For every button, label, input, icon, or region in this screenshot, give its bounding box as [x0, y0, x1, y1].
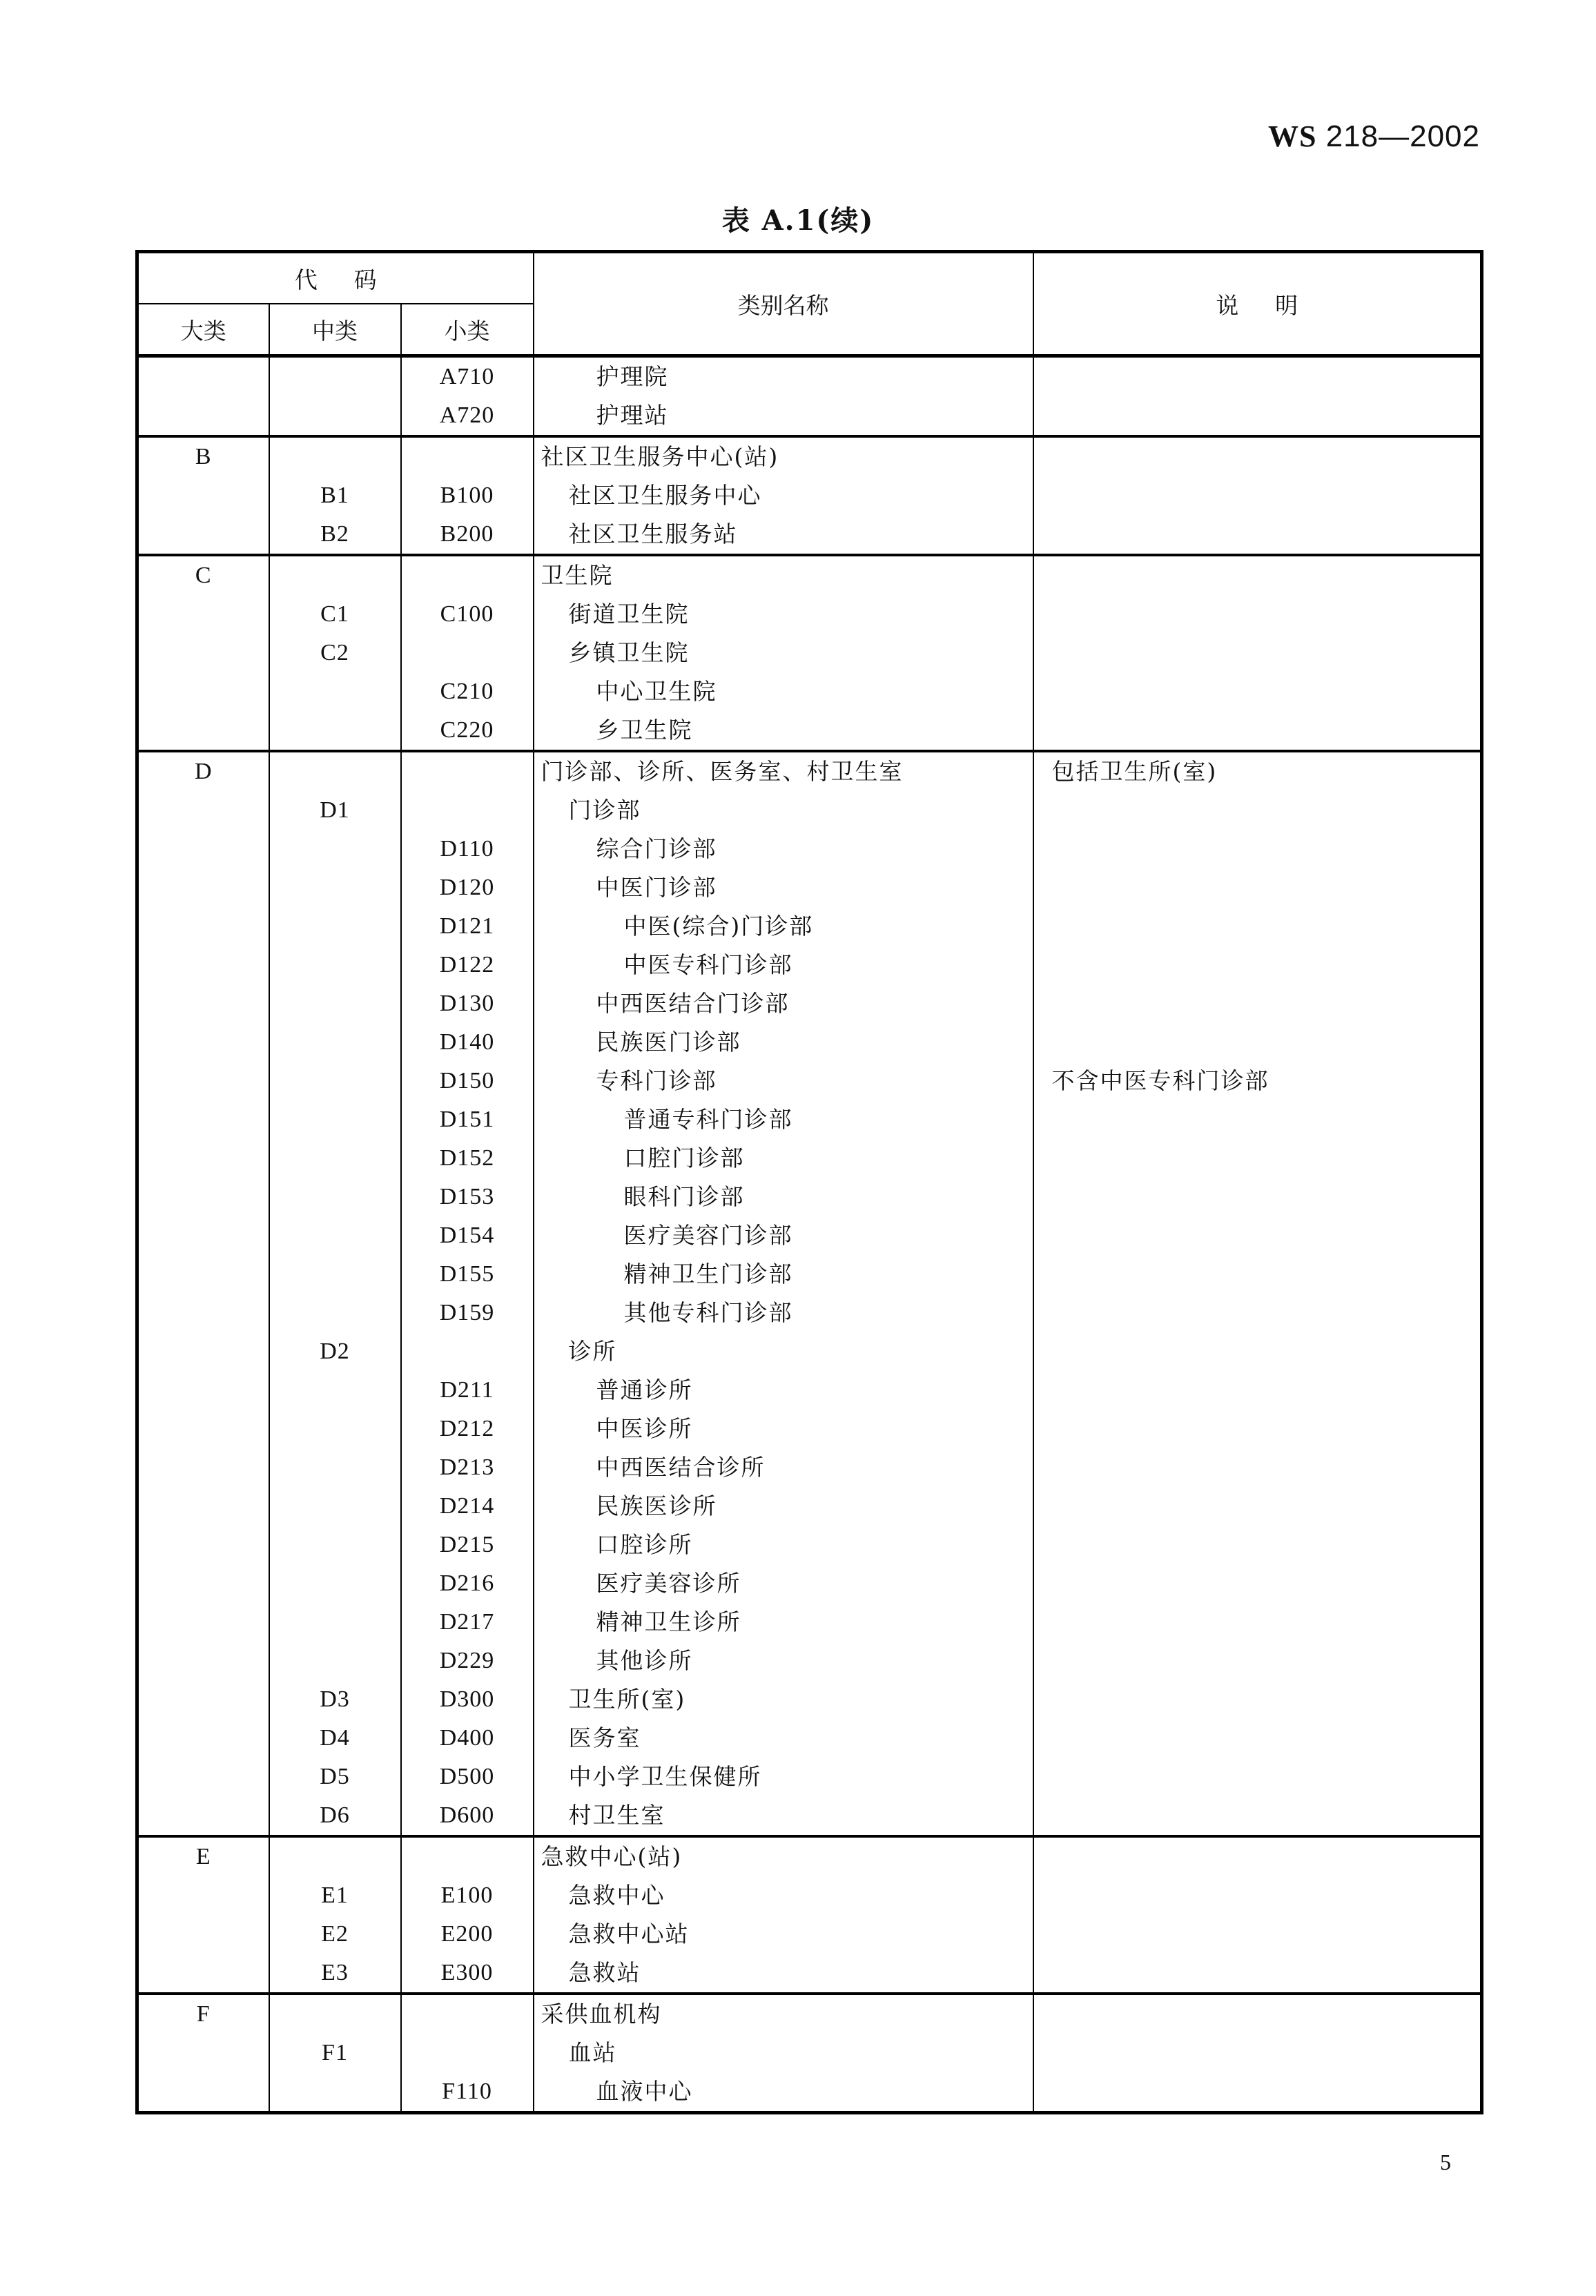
medium-code-cell: [269, 1642, 401, 1680]
category-name-cell: 口腔诊所: [534, 1526, 1033, 1564]
table-row: D217精神卫生诊所: [137, 1603, 1482, 1642]
note-cell: [1033, 1487, 1482, 1526]
standard-number: WS 218—2002: [1268, 119, 1480, 154]
major-code-cell: [137, 1216, 269, 1255]
major-code-cell: [137, 1915, 269, 1954]
category-name-cell: 眼科门诊部: [534, 1178, 1033, 1216]
note-cell: [1033, 634, 1482, 672]
minor-code-cell: D215: [401, 1526, 534, 1564]
note-cell: [1033, 436, 1482, 476]
medium-code-cell: [269, 1255, 401, 1294]
category-name-cell: 中西医结合诊所: [534, 1448, 1033, 1487]
note-cell: [1033, 515, 1482, 555]
note-cell: [1033, 1216, 1482, 1255]
major-code-cell: [137, 1876, 269, 1915]
major-code-cell: [137, 515, 269, 555]
major-code-cell: [137, 2034, 269, 2072]
major-code-cell: E: [137, 1836, 269, 1876]
medium-code-cell: [269, 1564, 401, 1603]
minor-code-cell: D154: [401, 1216, 534, 1255]
category-name-cell: 门诊部、诊所、医务室、村卫生室: [534, 751, 1033, 791]
table-row: D6D600村卫生室: [137, 1796, 1482, 1836]
note-cell: [1033, 1178, 1482, 1216]
major-code-cell: [137, 1023, 269, 1062]
table-row: E急救中心(站): [137, 1836, 1482, 1876]
major-code-cell: [137, 946, 269, 984]
minor-code-cell: D153: [401, 1178, 534, 1216]
category-name-cell: 社区卫生服务中心: [534, 476, 1033, 515]
medium-code-cell: B2: [269, 515, 401, 555]
major-code-cell: [137, 634, 269, 672]
minor-code-cell: E200: [401, 1915, 534, 1954]
note-cell: [1033, 672, 1482, 711]
category-name-cell: 综合门诊部: [534, 830, 1033, 868]
minor-code-cell: A710: [401, 356, 534, 397]
category-name-cell: 医务室: [534, 1719, 1033, 1758]
table-row: B社区卫生服务中心(站): [137, 436, 1482, 476]
category-name-cell: 其他专科门诊部: [534, 1294, 1033, 1332]
table-group: C卫生院C1C100街道卫生院C2乡镇卫生院C210中心卫生院C220乡卫生院: [137, 555, 1482, 751]
category-name-cell: 中西医结合门诊部: [534, 984, 1033, 1023]
note-cell: 包括卫生所(室): [1033, 751, 1482, 791]
note-cell: [1033, 2072, 1482, 2113]
medium-code-cell: E3: [269, 1954, 401, 1994]
minor-code-cell: C220: [401, 711, 534, 751]
medium-code-cell: [269, 1526, 401, 1564]
note-cell: [1033, 1954, 1482, 1994]
major-code-cell: [137, 1294, 269, 1332]
table-row: D1门诊部: [137, 791, 1482, 830]
category-name-cell: 血液中心: [534, 2072, 1033, 2113]
table-row: D150专科门诊部不含中医专科门诊部: [137, 1062, 1482, 1100]
category-name-cell: 专科门诊部: [534, 1062, 1033, 1100]
major-code-cell: D: [137, 751, 269, 791]
medium-code-cell: [269, 1023, 401, 1062]
table-row: D215口腔诊所: [137, 1526, 1482, 1564]
table-row: D154医疗美容门诊部: [137, 1216, 1482, 1255]
major-code-cell: [137, 476, 269, 515]
note-cell: [1033, 1719, 1482, 1758]
minor-code-cell: E300: [401, 1954, 534, 1994]
major-code-cell: C: [137, 555, 269, 595]
note-cell: [1033, 984, 1482, 1023]
category-name-cell: 血站: [534, 2034, 1033, 2072]
major-code-cell: [137, 1178, 269, 1216]
medium-code-cell: [269, 1836, 401, 1876]
medium-code-cell: [269, 1603, 401, 1642]
medium-code-cell: [269, 436, 401, 476]
medium-code-cell: [269, 1410, 401, 1448]
header-code-group: 代码: [137, 252, 534, 304]
category-name-cell: 村卫生室: [534, 1796, 1033, 1836]
category-name-cell: 采供血机构: [534, 1994, 1033, 2034]
major-code-cell: [137, 1139, 269, 1178]
medium-code-cell: [269, 1487, 401, 1526]
category-name-cell: 中医(综合)门诊部: [534, 907, 1033, 946]
major-code-cell: [137, 907, 269, 946]
table-row: D153眼科门诊部: [137, 1178, 1482, 1216]
medium-code-cell: [269, 1994, 401, 2034]
major-code-cell: [137, 2072, 269, 2113]
table-title: 表 A.1(续): [0, 199, 1596, 238]
medium-code-cell: [269, 1216, 401, 1255]
note-cell: [1033, 1448, 1482, 1487]
table-row: D121中医(综合)门诊部: [137, 907, 1482, 946]
note-cell: [1033, 1564, 1482, 1603]
note-cell: [1033, 1758, 1482, 1796]
note-cell: [1033, 1876, 1482, 1915]
medium-code-cell: [269, 751, 401, 791]
note-cell: [1033, 946, 1482, 984]
major-code-cell: [137, 595, 269, 634]
medium-code-cell: [269, 984, 401, 1023]
major-code-cell: [137, 1332, 269, 1371]
category-name-cell: 中心卫生院: [534, 672, 1033, 711]
table-row: B2B200社区卫生服务站: [137, 515, 1482, 555]
minor-code-cell: D217: [401, 1603, 534, 1642]
medium-code-cell: B1: [269, 476, 401, 515]
category-name-cell: 乡卫生院: [534, 711, 1033, 751]
medium-code-cell: F1: [269, 2034, 401, 2072]
minor-code-cell: D300: [401, 1680, 534, 1719]
category-name-cell: 普通专科门诊部: [534, 1100, 1033, 1139]
note-cell: [1033, 1332, 1482, 1371]
table-row: D5D500中小学卫生保健所: [137, 1758, 1482, 1796]
major-code-cell: [137, 830, 269, 868]
medium-code-cell: [269, 1371, 401, 1410]
major-code-cell: [137, 984, 269, 1023]
minor-code-cell: C210: [401, 672, 534, 711]
minor-code-cell: [401, 2034, 534, 2072]
major-code-cell: [137, 1487, 269, 1526]
medium-code-cell: [269, 396, 401, 436]
table-row: D214民族医诊所: [137, 1487, 1482, 1526]
category-name-cell: 门诊部: [534, 791, 1033, 830]
note-cell: [1033, 396, 1482, 436]
medium-code-cell: [269, 907, 401, 946]
note-cell: [1033, 1100, 1482, 1139]
table-row: F采供血机构: [137, 1994, 1482, 2034]
medium-code-cell: [269, 1100, 401, 1139]
medium-code-cell: D6: [269, 1796, 401, 1836]
category-name-cell: 社区卫生服务站: [534, 515, 1033, 555]
medium-code-cell: D1: [269, 791, 401, 830]
table-row: D211普通诊所: [137, 1371, 1482, 1410]
medium-code-cell: D2: [269, 1332, 401, 1371]
minor-code-cell: D152: [401, 1139, 534, 1178]
table-group: E急救中心(站)E1E100急救中心E2E200急救中心站E3E300急救站: [137, 1836, 1482, 1994]
note-cell: [1033, 555, 1482, 595]
note-cell: [1033, 1023, 1482, 1062]
note-cell: [1033, 1680, 1482, 1719]
category-name-cell: 医疗美容门诊部: [534, 1216, 1033, 1255]
major-code-cell: [137, 1526, 269, 1564]
table-row: D110综合门诊部: [137, 830, 1482, 868]
minor-code-cell: D600: [401, 1796, 534, 1836]
table-row: C210中心卫生院: [137, 672, 1482, 711]
category-name-cell: 社区卫生服务中心(站): [534, 436, 1033, 476]
minor-code-cell: D150: [401, 1062, 534, 1100]
table-group: D门诊部、诊所、医务室、村卫生室包括卫生所(室)D1门诊部D110综合门诊部D1…: [137, 751, 1482, 1836]
medium-code-cell: E2: [269, 1915, 401, 1954]
table-row: D152口腔门诊部: [137, 1139, 1482, 1178]
category-name-cell: 民族医诊所: [534, 1487, 1033, 1526]
minor-code-cell: D213: [401, 1448, 534, 1487]
note-cell: [1033, 1139, 1482, 1178]
table-row: D120中医门诊部: [137, 868, 1482, 907]
minor-code-cell: D400: [401, 1719, 534, 1758]
major-code-cell: [137, 1642, 269, 1680]
medium-code-cell: [269, 711, 401, 751]
minor-code-cell: [401, 555, 534, 595]
note-cell: [1033, 830, 1482, 868]
page-number: 5: [1440, 2150, 1451, 2175]
header-major: 大类: [137, 304, 269, 356]
major-code-cell: [137, 1371, 269, 1410]
table-row: D4D400医务室: [137, 1719, 1482, 1758]
note-cell: [1033, 1294, 1482, 1332]
major-code-cell: [137, 791, 269, 830]
standard-code: 218—2002: [1326, 119, 1480, 153]
category-name-cell: 急救中心: [534, 1876, 1033, 1915]
category-name-cell: 中医诊所: [534, 1410, 1033, 1448]
table-row: E3E300急救站: [137, 1954, 1482, 1994]
table-row: E2E200急救中心站: [137, 1915, 1482, 1954]
note-cell: [1033, 1603, 1482, 1642]
category-name-cell: 急救中心站: [534, 1915, 1033, 1954]
category-name-cell: 急救站: [534, 1954, 1033, 1994]
standard-prefix: WS: [1268, 119, 1316, 153]
major-code-cell: [137, 1062, 269, 1100]
table-row: A710护理院: [137, 356, 1482, 397]
major-code-cell: [137, 1448, 269, 1487]
category-name-cell: 中小学卫生保健所: [534, 1758, 1033, 1796]
medium-code-cell: [269, 1178, 401, 1216]
medium-code-cell: [269, 1294, 401, 1332]
note-cell: [1033, 1836, 1482, 1876]
minor-code-cell: D110: [401, 830, 534, 868]
major-code-cell: [137, 711, 269, 751]
major-code-cell: [137, 396, 269, 436]
note-cell: [1033, 907, 1482, 946]
category-name-cell: 急救中心(站): [534, 1836, 1033, 1876]
note-cell: [1033, 1796, 1482, 1836]
category-name-cell: 精神卫生诊所: [534, 1603, 1033, 1642]
minor-code-cell: D212: [401, 1410, 534, 1448]
classification-code-table: 代码 类别名称 说明 大类 中类 小类 A710护理院A720护理站B社区卫生服…: [135, 250, 1483, 2114]
minor-code-cell: D122: [401, 946, 534, 984]
minor-code-cell: C100: [401, 595, 534, 634]
category-name-cell: 街道卫生院: [534, 595, 1033, 634]
table-row: D159其他专科门诊部: [137, 1294, 1482, 1332]
medium-code-cell: [269, 1448, 401, 1487]
minor-code-cell: [401, 1994, 534, 2034]
minor-code-cell: F110: [401, 2072, 534, 2113]
medium-code-cell: [269, 2072, 401, 2113]
table-row: C1C100街道卫生院: [137, 595, 1482, 634]
table-row: B1B100社区卫生服务中心: [137, 476, 1482, 515]
category-name-cell: 口腔门诊部: [534, 1139, 1033, 1178]
category-name-cell: 乡镇卫生院: [534, 634, 1033, 672]
category-name-cell: 护理院: [534, 356, 1033, 397]
major-code-cell: [137, 1680, 269, 1719]
note-cell: [1033, 1526, 1482, 1564]
category-name-cell: 中医门诊部: [534, 868, 1033, 907]
header-note: 说明: [1033, 252, 1482, 356]
category-name-cell: 卫生所(室): [534, 1680, 1033, 1719]
table-row: F1血站: [137, 2034, 1482, 2072]
medium-code-cell: [269, 1062, 401, 1100]
medium-code-cell: E1: [269, 1876, 401, 1915]
category-name-cell: 其他诊所: [534, 1642, 1033, 1680]
major-code-cell: [137, 672, 269, 711]
minor-code-cell: D130: [401, 984, 534, 1023]
note-cell: [1033, 2034, 1482, 2072]
minor-code-cell: D120: [401, 868, 534, 907]
note-cell: [1033, 791, 1482, 830]
medium-code-cell: D3: [269, 1680, 401, 1719]
minor-code-cell: D155: [401, 1255, 534, 1294]
table-row: D2诊所: [137, 1332, 1482, 1371]
table-row: F110血液中心: [137, 2072, 1482, 2113]
major-code-cell: [137, 1603, 269, 1642]
major-code-cell: [137, 1100, 269, 1139]
table-row: D140民族医门诊部: [137, 1023, 1482, 1062]
minor-code-cell: D211: [401, 1371, 534, 1410]
major-code-cell: [137, 1410, 269, 1448]
minor-code-cell: [401, 751, 534, 791]
header-category-name: 类别名称: [534, 252, 1033, 356]
major-code-cell: B: [137, 436, 269, 476]
minor-code-cell: D229: [401, 1642, 534, 1680]
minor-code-cell: D159: [401, 1294, 534, 1332]
table-row: D门诊部、诊所、医务室、村卫生室包括卫生所(室): [137, 751, 1482, 791]
medium-code-cell: [269, 868, 401, 907]
table-row: D216医疗美容诊所: [137, 1564, 1482, 1603]
minor-code-cell: [401, 1836, 534, 1876]
category-name-cell: 医疗美容诊所: [534, 1564, 1033, 1603]
table-header: 代码 类别名称 说明 大类 中类 小类: [137, 252, 1482, 356]
medium-code-cell: C1: [269, 595, 401, 634]
category-name-cell: 中医专科门诊部: [534, 946, 1033, 984]
table-row: C2乡镇卫生院: [137, 634, 1482, 672]
minor-code-cell: D500: [401, 1758, 534, 1796]
major-code-cell: [137, 1255, 269, 1294]
category-name-cell: 普通诊所: [534, 1371, 1033, 1410]
major-code-cell: [137, 1796, 269, 1836]
note-cell: [1033, 1642, 1482, 1680]
table-row: D155精神卫生门诊部: [137, 1255, 1482, 1294]
medium-code-cell: D4: [269, 1719, 401, 1758]
note-cell: 不含中医专科门诊部: [1033, 1062, 1482, 1100]
medium-code-cell: [269, 946, 401, 984]
major-code-cell: F: [137, 1994, 269, 2034]
major-code-cell: [137, 1758, 269, 1796]
table-row: A720护理站: [137, 396, 1482, 436]
minor-code-cell: [401, 791, 534, 830]
major-code-cell: [137, 1719, 269, 1758]
minor-code-cell: E100: [401, 1876, 534, 1915]
table-row: D122中医专科门诊部: [137, 946, 1482, 984]
note-cell: [1033, 476, 1482, 515]
category-name-cell: 诊所: [534, 1332, 1033, 1371]
note-cell: [1033, 1371, 1482, 1410]
minor-code-cell: D151: [401, 1100, 534, 1139]
table-row: D212中医诊所: [137, 1410, 1482, 1448]
minor-code-cell: D216: [401, 1564, 534, 1603]
category-name-cell: 护理站: [534, 396, 1033, 436]
major-code-cell: [137, 1564, 269, 1603]
minor-code-cell: D121: [401, 907, 534, 946]
note-cell: [1033, 868, 1482, 907]
table-row: D229其他诊所: [137, 1642, 1482, 1680]
note-cell: [1033, 595, 1482, 634]
medium-code-cell: C2: [269, 634, 401, 672]
note-cell: [1033, 1994, 1482, 2034]
medium-code-cell: D5: [269, 1758, 401, 1796]
minor-code-cell: B100: [401, 476, 534, 515]
medium-code-cell: [269, 672, 401, 711]
table-row: C卫生院: [137, 555, 1482, 595]
minor-code-cell: D214: [401, 1487, 534, 1526]
minor-code-cell: A720: [401, 396, 534, 436]
table-row: D151普通专科门诊部: [137, 1100, 1482, 1139]
table-row: C220乡卫生院: [137, 711, 1482, 751]
table-row: D130中西医结合门诊部: [137, 984, 1482, 1023]
note-cell: [1033, 356, 1482, 397]
minor-code-cell: [401, 436, 534, 476]
minor-code-cell: [401, 634, 534, 672]
major-code-cell: [137, 868, 269, 907]
major-code-cell: [137, 1954, 269, 1994]
note-cell: [1033, 711, 1482, 751]
minor-code-cell: D140: [401, 1023, 534, 1062]
category-name-cell: 卫生院: [534, 555, 1033, 595]
medium-code-cell: [269, 555, 401, 595]
header-minor: 小类: [401, 304, 534, 356]
table-row: D3D300卫生所(室): [137, 1680, 1482, 1719]
major-code-cell: [137, 356, 269, 397]
medium-code-cell: [269, 830, 401, 868]
category-name-cell: 民族医门诊部: [534, 1023, 1033, 1062]
header-medium: 中类: [269, 304, 401, 356]
note-cell: [1033, 1255, 1482, 1294]
table-group: B社区卫生服务中心(站)B1B100社区卫生服务中心B2B200社区卫生服务站: [137, 436, 1482, 555]
table-row: D213中西医结合诊所: [137, 1448, 1482, 1487]
table-row: E1E100急救中心: [137, 1876, 1482, 1915]
category-name-cell: 精神卫生门诊部: [534, 1255, 1033, 1294]
table-group: F采供血机构F1血站F110血液中心: [137, 1994, 1482, 2113]
table-group: A710护理院A720护理站: [137, 356, 1482, 437]
minor-code-cell: B200: [401, 515, 534, 555]
note-cell: [1033, 1915, 1482, 1954]
medium-code-cell: [269, 1139, 401, 1178]
minor-code-cell: [401, 1332, 534, 1371]
note-cell: [1033, 1410, 1482, 1448]
medium-code-cell: [269, 356, 401, 397]
